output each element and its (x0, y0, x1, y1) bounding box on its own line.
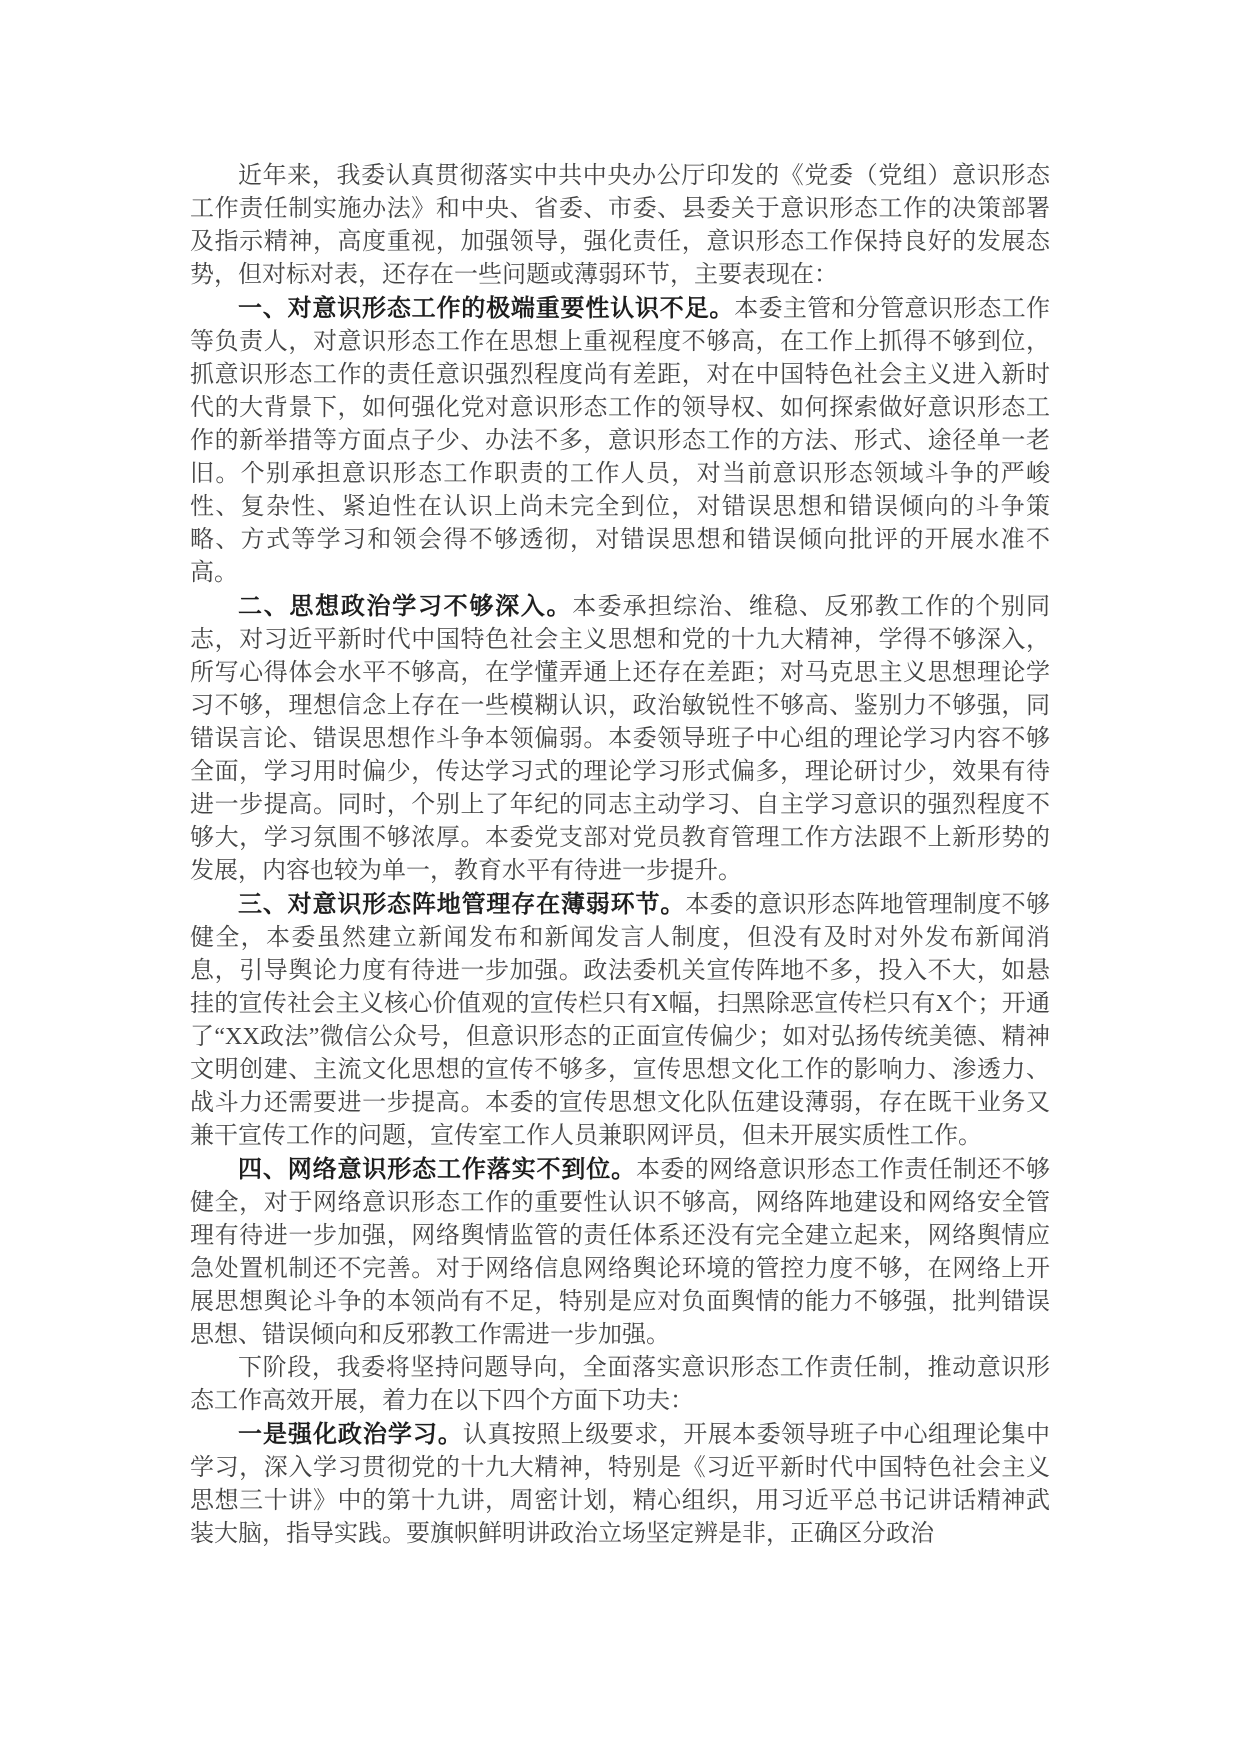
document-page: 近年来，我委认真贯彻落实中共中央办公厅印发的《党委（党组）意识形态工作责任制实施… (0, 0, 1240, 1754)
paragraph-intro: 近年来，我委认真贯彻落实中共中央办公厅印发的《党委（党组）意识形态工作责任制实施… (190, 160, 1050, 292)
point-2-body: 本委承担综治、维稳、反邪教工作的个别同志，对习近平新时代中国特色社会主义思想和党… (190, 594, 1050, 884)
paragraph-point-2: 二、思想政治学习不够深入。本委承担综治、维稳、反邪教工作的个别同志，对习近平新时… (190, 590, 1050, 888)
paragraph-measure-1: 一是强化政治学习。认真按照上级要求，开展本委领导班子中心组理论集中学习，深入学习… (190, 1418, 1050, 1551)
document-body: 近年来，我委认真贯彻落实中共中央办公厅印发的《党委（党组）意识形态工作责任制实施… (190, 160, 1050, 1551)
point-1-heading: 一、对意识形态工作的极端重要性认识不足。 (238, 295, 734, 322)
point-2-heading: 二、思想政治学习不够深入。 (238, 593, 572, 620)
intro-text: 近年来，我委认真贯彻落实中共中央办公厅印发的《党委（党组）意识形态工作责任制实施… (190, 163, 1050, 288)
paragraph-transition: 下阶段，我委将坚持问题导向，全面落实意识形态工作责任制，推动意识形态工作高效开展… (190, 1352, 1050, 1418)
measure-1-heading: 一是强化政治学习。 (238, 1421, 463, 1448)
paragraph-point-4: 四、网络意识形态工作落实不到位。本委的网络意识形态工作责任制还不够健全，对于网络… (190, 1153, 1050, 1352)
transition-text: 下阶段，我委将坚持问题导向，全面落实意识形态工作责任制，推动意识形态工作高效开展… (190, 1355, 1050, 1414)
point-4-body: 本委的网络意识形态工作责任制还不够健全，对于网络意识形态工作的重要性认识不够高，… (190, 1157, 1050, 1348)
point-4-heading: 四、网络意识形态工作落实不到位。 (238, 1156, 636, 1183)
point-3-heading: 三、对意识形态阵地管理存在薄弱环节。 (238, 891, 685, 918)
paragraph-point-3: 三、对意识形态阵地管理存在薄弱环节。本委的意识形态阵地管理制度不够健全，本委虽然… (190, 888, 1050, 1153)
point-1-body: 本委主管和分管意识形态工作等负责人，对意识形态工作在思想上重视程度不够高，在工作… (190, 296, 1050, 586)
point-3-body: 本委的意识形态阵地管理制度不够健全，本委虽然建立新闻发布和新闻发言人制度，但没有… (190, 892, 1050, 1149)
paragraph-point-1: 一、对意识形态工作的极端重要性认识不足。本委主管和分管意识形态工作等负责人，对意… (190, 292, 1050, 590)
